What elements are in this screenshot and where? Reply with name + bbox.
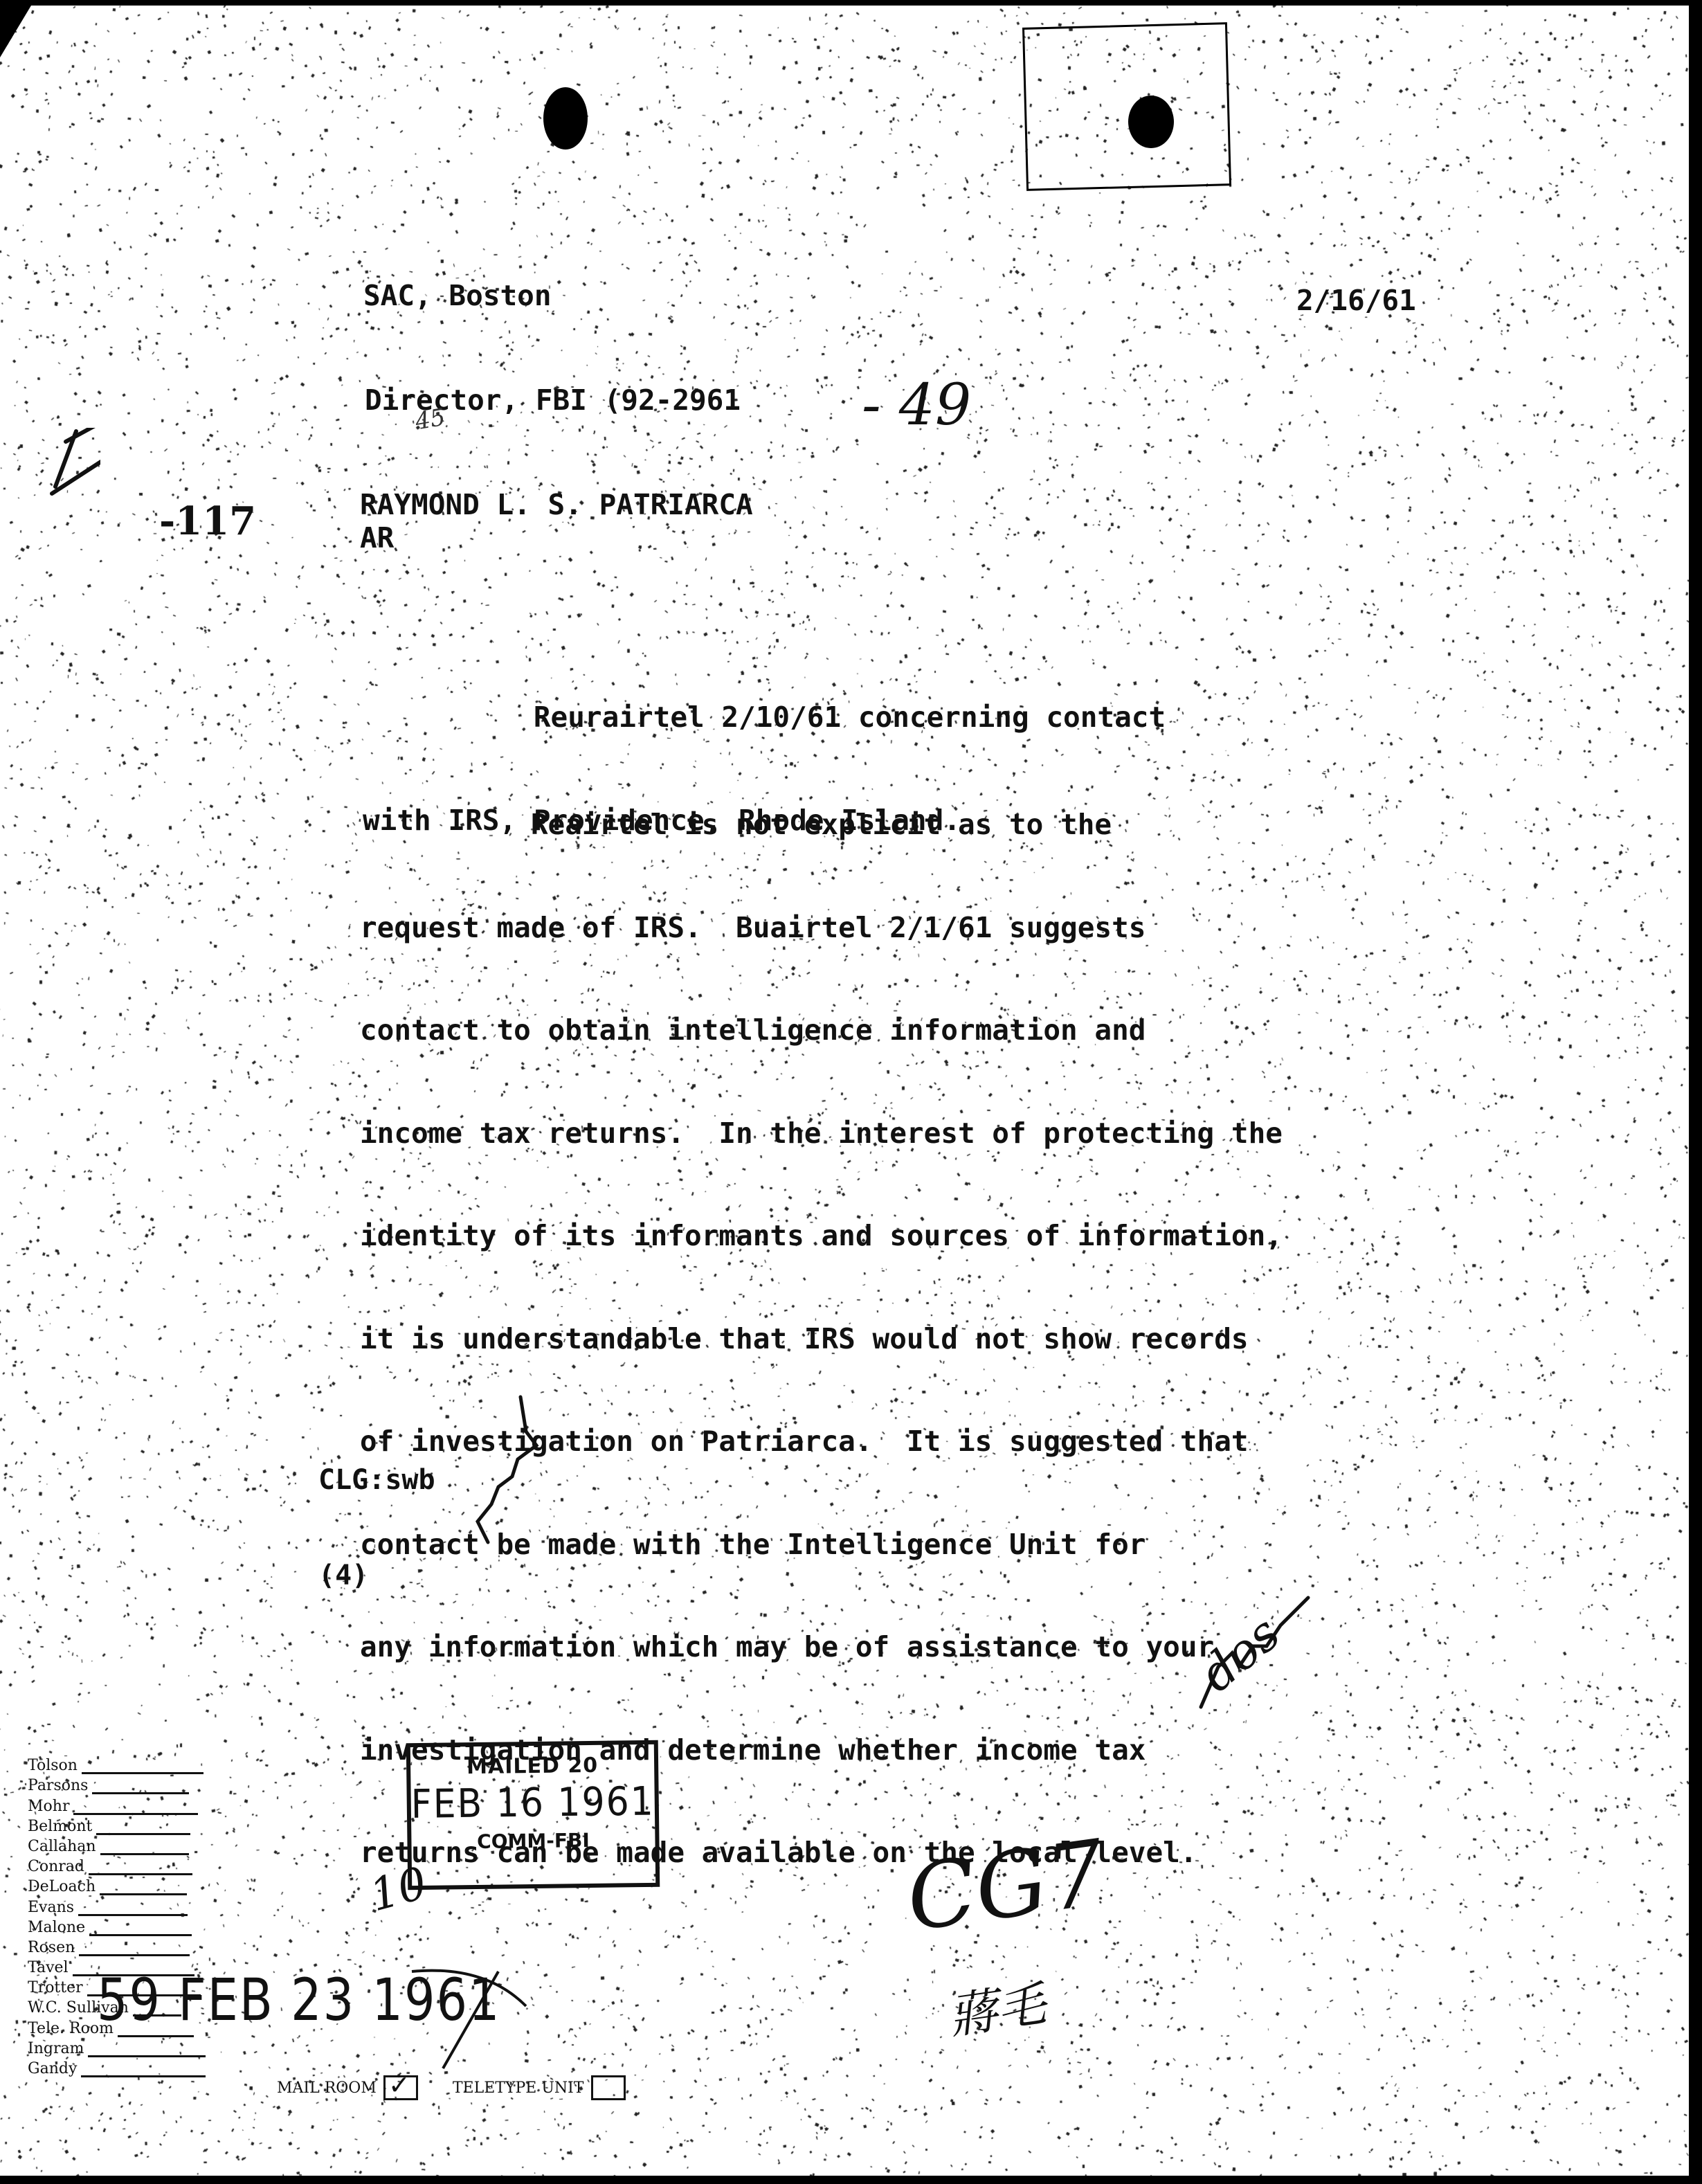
routing-row: Conrad	[28, 1855, 206, 1875]
routing-row: Evans	[28, 1895, 206, 1915]
addressee: SAC, Boston	[363, 279, 552, 312]
attachment-stub-outline	[1022, 22, 1231, 191]
handwritten-note-under-sender: 45	[413, 404, 448, 436]
margin-slash-mark-icon	[38, 428, 100, 518]
routing-row: Tolson	[28, 1754, 206, 1774]
paragraph-line: any information which may be of assistan…	[360, 1630, 1283, 1665]
document-page: SAC, Boston 2/16/61 Director, FBI (92-29…	[0, 6, 1693, 2176]
teletype-unit-checkbox[interactable]	[591, 2075, 626, 2100]
paragraph-line: request made of IRS. Buairtel 2/1/61 sug…	[360, 911, 1283, 946]
mailed-stamp-date: FEB 16 1961	[410, 1779, 655, 1827]
routing-row: DeLoach	[28, 1875, 206, 1895]
copies-count: (4)	[318, 1560, 435, 1591]
punch-hole-icon	[543, 87, 588, 150]
paragraph-line: Reairtel is not explicit as to the	[360, 808, 1283, 842]
paragraph-line: of investigation on Patriarca. It is sug…	[360, 1425, 1283, 1459]
routing-row: Belmont	[28, 1815, 206, 1835]
memo-date: 2/16/61	[1296, 284, 1416, 317]
mailed-stamp-title: MAILED 20	[410, 1753, 654, 1780]
mailed-stamp-org: COMM-FBI	[411, 1828, 655, 1854]
received-date-stamp: 59 FEB 23 1961	[97, 1966, 501, 2034]
routing-row: Parsons	[28, 1774, 206, 1794]
paragraph-line: income tax returns. In the interest of p…	[360, 1117, 1283, 1151]
subject-line: RAYMOND L. S. PATRIARCA	[360, 488, 753, 521]
subject-character: AR	[360, 521, 394, 554]
mail-room-label: MAIL ROOM	[277, 2079, 377, 2097]
paragraph-line: contact be made with the Intelligence Un…	[360, 1528, 1283, 1562]
routing-row: Ingram	[28, 2037, 206, 2057]
handwritten-serial: - 49	[862, 372, 971, 438]
initials-line: CLG:swb	[318, 1464, 435, 1496]
punch-hole-icon	[1128, 96, 1174, 148]
margin-stamp: -117	[159, 498, 256, 544]
routing-row: Malone	[28, 1916, 206, 1936]
routing-row: Rosen	[28, 1936, 206, 1956]
mail-room-checkbox[interactable]: ✓	[383, 2075, 418, 2100]
typist-initials: CLG:swb (4)	[318, 1400, 435, 1655]
checkmark-icon: ✓	[388, 2072, 410, 2098]
handwritten-mark: 蔣毛	[944, 1965, 1050, 2048]
mailed-stamp: MAILED 20 FEB 16 1961 COMM-FBI	[406, 1740, 660, 1890]
teletype-unit-label: TELETYPE UNIT	[453, 2079, 584, 2097]
dispatch-units: MAIL ROOM ✓ TELETYPE UNIT	[277, 2075, 626, 2100]
routing-row: Callahan	[28, 1835, 206, 1855]
routing-row: Gandy	[28, 2057, 206, 2077]
routing-row: Mohr	[28, 1794, 206, 1814]
paragraph-line: identity of its informants and sources o…	[360, 1219, 1283, 1254]
paragraph-line: contact to obtain intelligence informati…	[360, 1013, 1283, 1048]
paragraph-line: Reurairtel 2/10/61 concerning contact	[363, 701, 1166, 735]
paragraph-line: it is understandable that IRS would not …	[360, 1322, 1283, 1357]
